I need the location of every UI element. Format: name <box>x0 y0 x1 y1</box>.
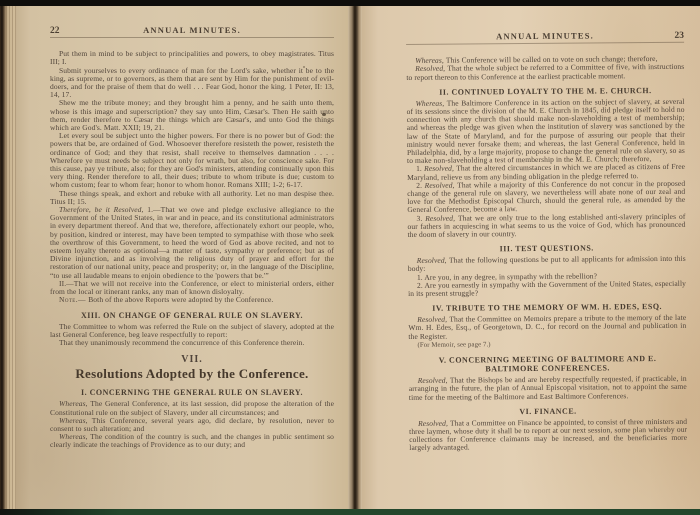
paragraph: Resolved, That the Bishops be and are he… <box>409 375 687 402</box>
paragraph-text: That the Committee on Memoirs prepare a … <box>408 313 686 341</box>
paragraph: 3. Resolved, That we are only true to th… <box>407 212 685 239</box>
paragraph: Resolved, That a Committee on Finance be… <box>409 417 687 452</box>
paragraph-text: The condition of the country is such, an… <box>50 432 334 449</box>
paragraph: Note.— Both of the above Reports were ad… <box>50 296 334 304</box>
section-heading: III. TEST QUESTIONS. <box>414 243 680 254</box>
paragraph-text: That they unanimously recommend the conc… <box>59 338 304 347</box>
paragraph-text: Let every soul be subject unto the highe… <box>50 131 334 189</box>
right-page: 23 ANNUAL MINUTES. 23 Whereas, This Conf… <box>362 6 700 509</box>
left-page: 22 ANNUAL MINUTES. 22 Put them in mind t… <box>16 6 348 509</box>
section-heading: VI. FINANCE. <box>415 406 681 417</box>
right-running-head: 23 ANNUAL MINUTES. 23 <box>406 31 684 45</box>
right-running-head-title: ANNUAL MINUTES. <box>416 31 675 41</box>
section-note: (For Memoir, see page 7.) <box>408 340 686 350</box>
paragraph-text: Submit yourselves to every ordinance of … <box>50 66 334 100</box>
paragraph: 2. Are you earnestly in sympathy with th… <box>408 280 686 299</box>
section-heading: V. CONCERNING MEETING OF BALTIMORE AND E… <box>415 354 681 374</box>
right-page-number: 23 <box>675 32 685 40</box>
paragraph: Therefore, be it Resolved, 1.—That we ow… <box>50 206 334 280</box>
paragraph-text: Both of the above Reports were adopted b… <box>88 295 273 304</box>
paragraph: Let every soul be subject unto the highe… <box>50 132 334 189</box>
paragraph-text: This Conference, several years ago, did … <box>50 416 334 433</box>
section-heading: I. CONCERNING THE GENERAL RULE ON SLAVER… <box>56 388 328 397</box>
left-running-head-title: ANNUAL MINUTES. <box>60 26 325 34</box>
paragraph-text: These things speak, and exhort and rebuk… <box>50 189 334 206</box>
paragraph-text: The General Conference, at its last sess… <box>50 399 334 416</box>
left-page-text: Put them in mind to be subject to princi… <box>50 50 334 449</box>
section-heading: IV. TRIBUTE TO THE MEMORY OF WM. H. EDES… <box>414 302 680 313</box>
section-title: Resolutions Adopted by the Conference. <box>50 366 334 381</box>
paragraph-text: Put them in mind to be subject to princi… <box>50 49 334 66</box>
paragraph: That they unanimously recommend the conc… <box>50 339 334 347</box>
paragraph-text: That the Bishops be and are hereby respe… <box>409 374 687 402</box>
paper-speck <box>322 113 326 116</box>
paragraph-text: That the whole subject be referred to a … <box>406 62 684 81</box>
section-heading: II. CONTINUED LOYALTY TO THE M. E. CHURC… <box>412 86 678 97</box>
paragraph: Resolved, That the Committee on Memoirs … <box>408 314 686 341</box>
paragraph: Resolved, That the whole subject be refe… <box>406 63 684 82</box>
section-heading: XIII. ON CHANGE OF GENERAL RULE ON SLAVE… <box>56 311 328 320</box>
book-page-edges <box>0 6 16 509</box>
table-edge <box>0 509 700 515</box>
left-page-number: 22 <box>50 27 60 35</box>
paragraph: Put them in mind to be subject to princi… <box>50 50 334 66</box>
book-scan-photo: 22 ANNUAL MINUTES. 22 Put them in mind t… <box>0 0 700 515</box>
section-chapter: VII. <box>50 356 334 364</box>
paragraph: Shew me the tribute money; and they brou… <box>50 99 334 132</box>
paragraph-text: That a Committee on Finance be appointed… <box>409 416 687 452</box>
paper-speck <box>303 66 305 68</box>
paragraph: Whereas, The Baltimore Conference in its… <box>407 98 686 166</box>
paragraph: Whereas, The General Conference, at its … <box>50 400 334 416</box>
paragraph: 2. Resolved, That while a majority of th… <box>407 180 685 215</box>
paragraph: The Committee to whom was referred the R… <box>50 323 334 339</box>
paragraph: II.—That we will not receive into the Co… <box>50 280 334 296</box>
paragraph: Whereas, This Conference, several years … <box>50 417 334 433</box>
paragraph-text: That the following questions be put to a… <box>408 254 686 273</box>
left-running-head: 22 ANNUAL MINUTES. 22 <box>50 26 334 38</box>
paragraph-lead: Note.— <box>59 295 88 304</box>
paragraph-text: 2. Are you earnestly in sympathy with th… <box>408 279 686 298</box>
paragraph-text: 1.—That we owe and pledge exclusive alle… <box>50 205 334 280</box>
paragraph: Whereas, The condition of the country is… <box>50 433 334 449</box>
book-gutter-spine <box>348 6 362 509</box>
paragraph-text: II.—That we will not receive into the Co… <box>50 279 334 296</box>
paragraph-text: The Baltimore Conference in its action o… <box>407 97 685 166</box>
paragraph: Submit yourselves to every ordinance of … <box>50 67 334 100</box>
paragraph-text: The Committee to whom was referred the R… <box>50 322 334 339</box>
paragraph-text: Shew me the tribute money; and they brou… <box>50 98 334 132</box>
paragraph: These things speak, and exhort and rebuk… <box>50 190 334 206</box>
right-page-text: Whereas, This Conference will be called … <box>406 55 687 452</box>
